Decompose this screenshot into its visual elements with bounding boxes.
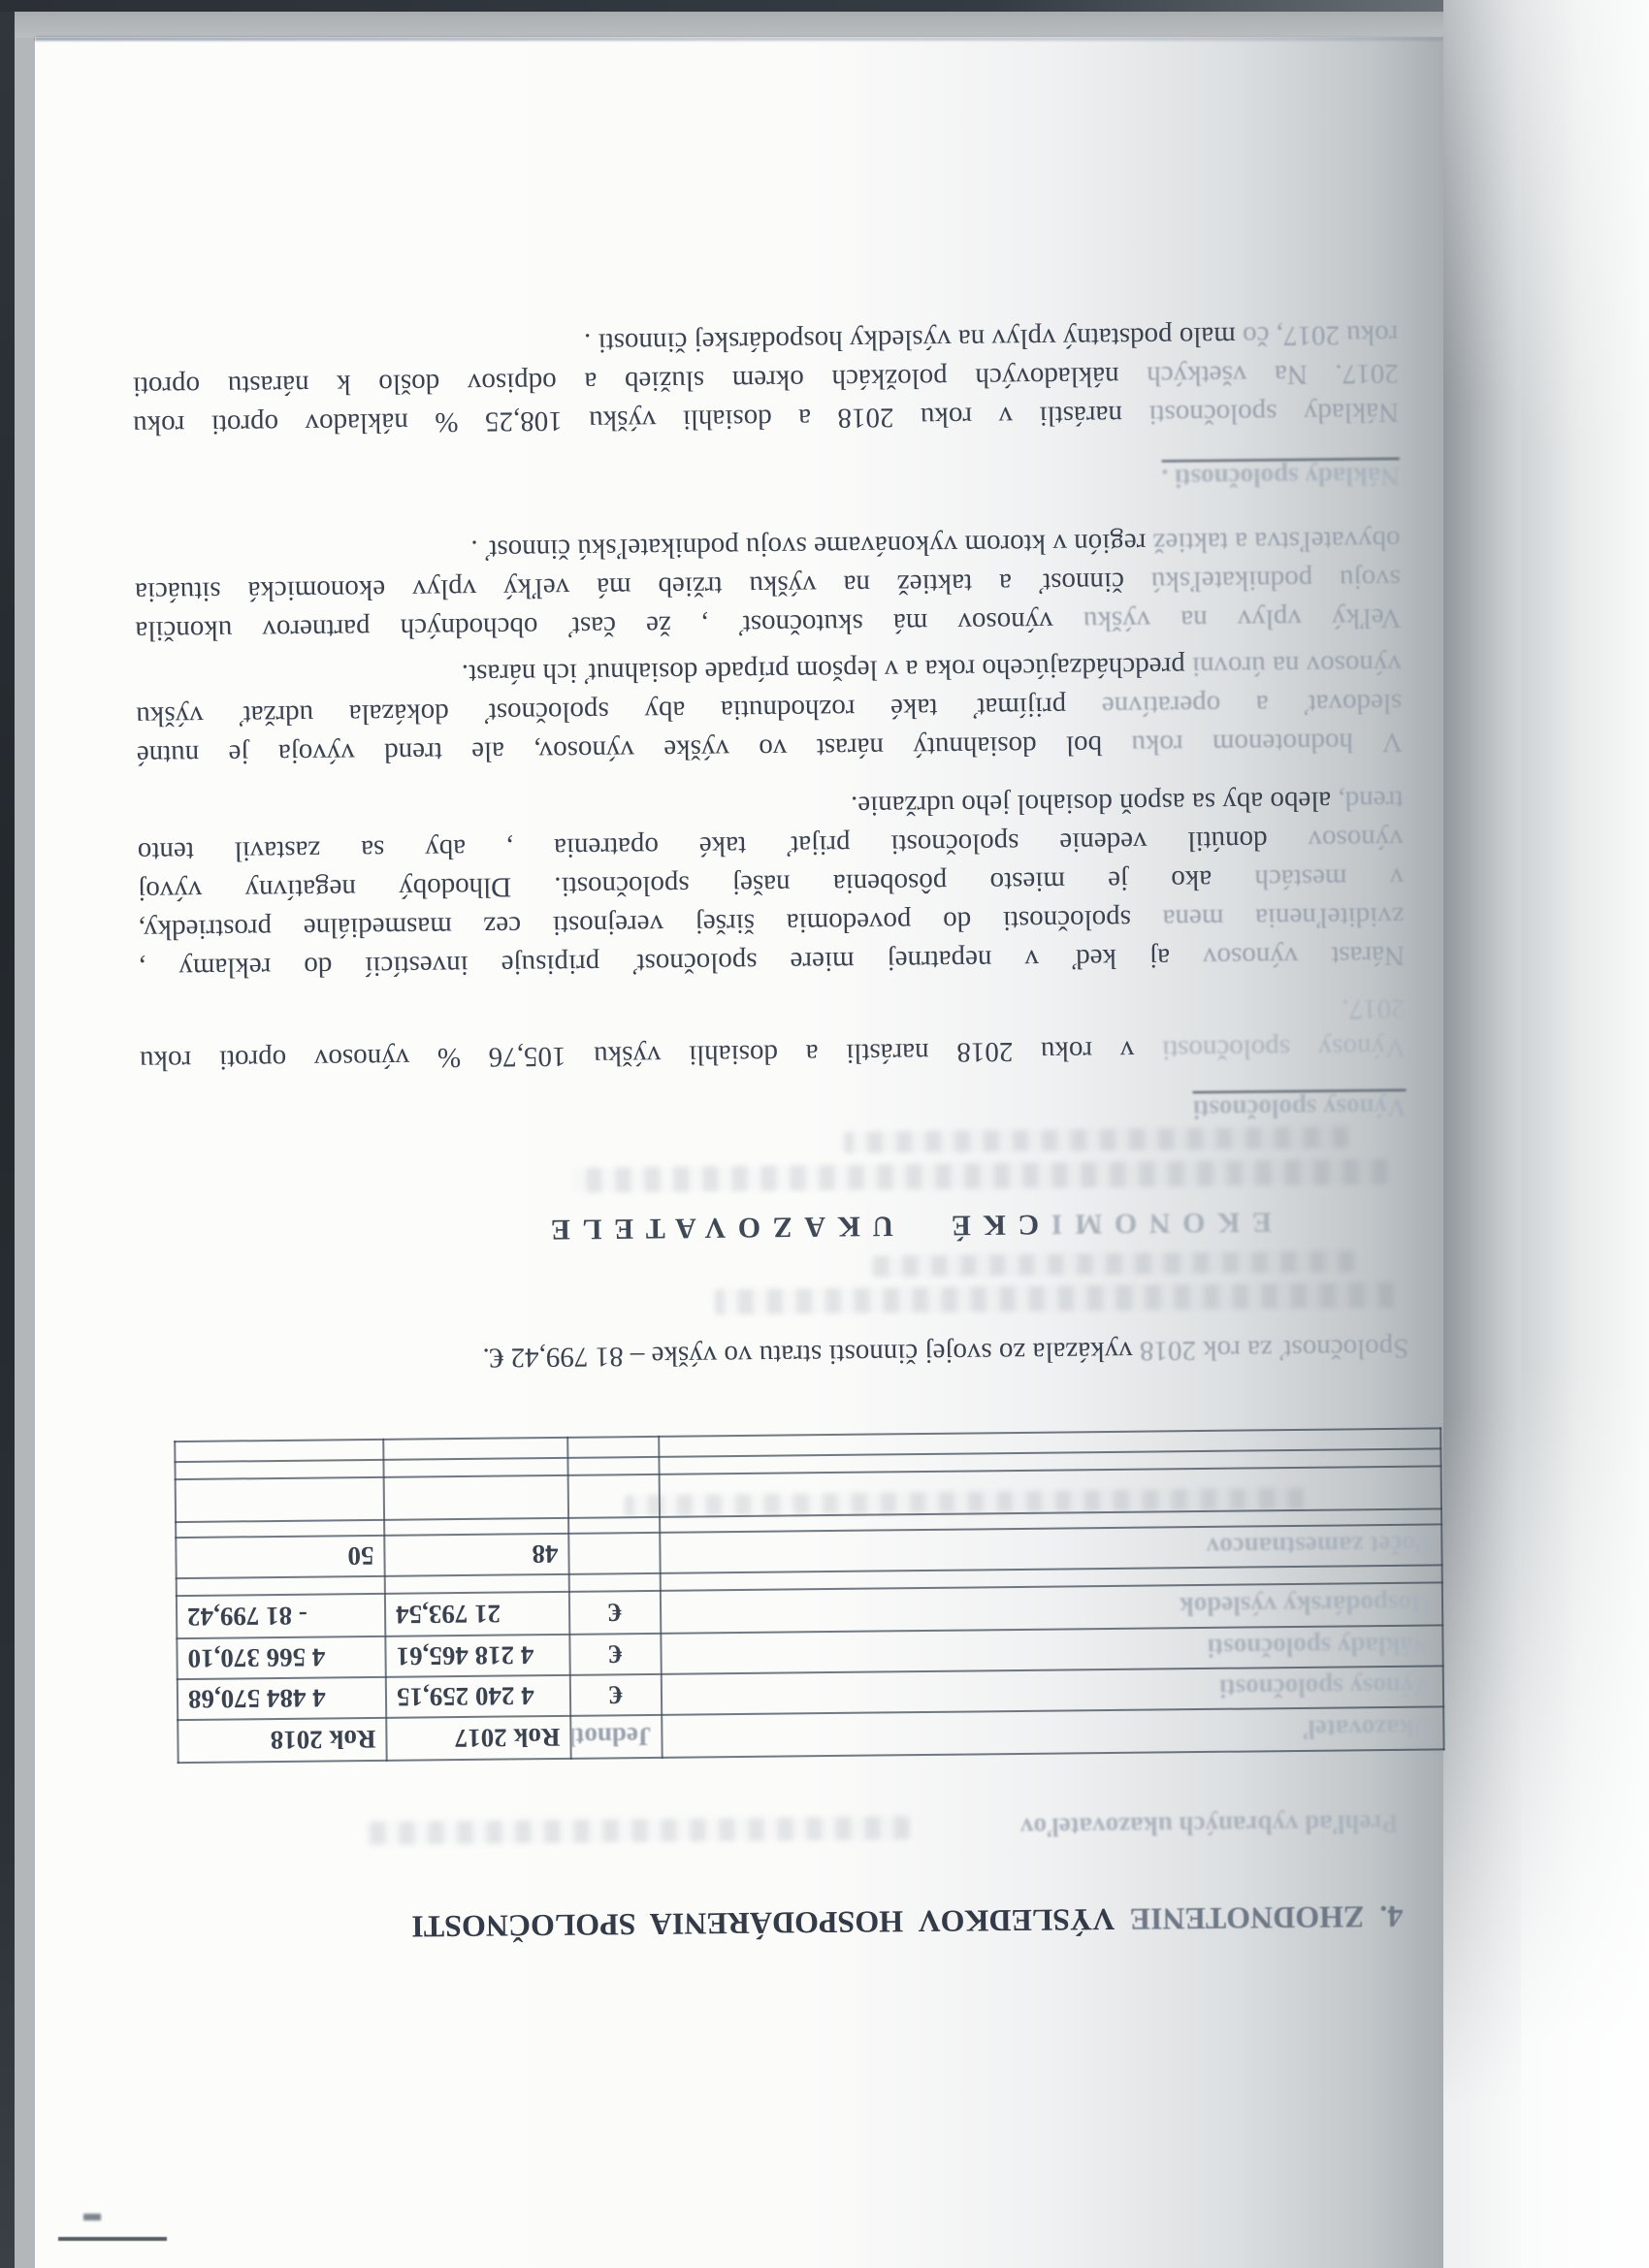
loss-statement-line: Spoločnosť za rok 2018 vykázala zo svoje…	[143, 1329, 1408, 1381]
header-indicator: Ukazovateľ	[662, 1706, 1443, 1757]
revenues-paragraph-2: V hodnotenom roku bol dosiahnutý nárast …	[136, 645, 1403, 775]
header-unit: Jednotka	[570, 1715, 662, 1759]
scanner-edge-top	[0, 0, 1649, 12]
row-2017-value: 48	[384, 1534, 568, 1576]
row-unit	[568, 1533, 660, 1574]
page-gutter-shadow	[1443, 0, 1521, 2268]
ink-showthrough	[844, 1126, 1348, 1152]
row-2018-value: 4 484 570,68	[178, 1677, 386, 1720]
row-unit: €	[569, 1591, 661, 1635]
row-2017-value: 4 240 259,15	[386, 1675, 570, 1718]
header-2017: Rok 2017	[386, 1716, 570, 1761]
title-clear-part: VÝSLEDKOV HOSPODÁRENIA SPOLOČNOSTI	[411, 1902, 1130, 1945]
ink-showthrough	[715, 1282, 1394, 1314]
eco-clear-part: CKÉ UKAZOVATELE	[538, 1209, 1039, 1246]
economic-indicators-heading: EKONOMICKÉ UKAZOVATELE	[142, 1200, 1272, 1254]
row-label: Náklady spoločnosti	[661, 1625, 1442, 1673]
ink-showthrough	[869, 1250, 1354, 1277]
revenues-paragraph-1: Nárast výnosov aj keď v nepatrnej miere …	[137, 781, 1405, 988]
costs-section-heading: Náklady spoločnosti .	[134, 459, 1400, 507]
row-label: Počet zamestnancov	[660, 1524, 1441, 1572]
document-title: 4. ZHODNOTENIE VÝSLEDKOV HOSPODÁRENIA SP…	[148, 1895, 1403, 1952]
row-label: Hospodársky výsledok	[661, 1582, 1442, 1633]
loss-clear-part: vykázala zo svojej činnosti stratu vo vý…	[482, 1336, 1132, 1374]
row-unit: €	[569, 1634, 661, 1675]
title-faded-part: 4. ZHODNOTENIE	[1129, 1899, 1403, 1937]
ink-showthrough	[572, 1159, 1387, 1193]
row-2018-value: - 81 799,42	[177, 1594, 385, 1638]
indicators-table: Ukazovateľ Jednotka Rok 2017 Rok 2018 Vý…	[174, 1427, 1444, 1764]
eco-faded-part: EKONOMI	[1039, 1206, 1272, 1241]
row-label: Výnosy spoločnosti	[662, 1666, 1443, 1714]
scanner-edge-left	[0, 0, 15, 2268]
costs-paragraph: Náklady spoločnosti narástli v roku 2018…	[132, 315, 1399, 445]
scan-background	[1521, 0, 1649, 2268]
scanned-document: 4. ZHODNOTENIE VÝSLEDKOV HOSPODÁRENIA SP…	[17, 21, 1457, 2257]
row-2017-value: 21 793,54	[385, 1592, 569, 1636]
row-2018-value: 4 566 370,10	[177, 1636, 385, 1679]
loss-faded-part: Spoločnosť za rok 2018	[1132, 1333, 1408, 1367]
row-2018-value: 50	[176, 1536, 384, 1578]
row-2017-value: 4 218 465,61	[385, 1635, 569, 1677]
document-subtitle: Prehľad vybraných ukazovateľov	[147, 1806, 1398, 1854]
header-2018: Rok 2018	[178, 1718, 386, 1763]
revenues-paragraph-3: Veľký vplyv na výšku výnosov má skutočno…	[134, 521, 1401, 651]
row-unit: €	[570, 1674, 662, 1716]
scanned-page: 4. ZHODNOTENIE VÝSLEDKOV HOSPODÁRENIA SP…	[0, 0, 1649, 2268]
